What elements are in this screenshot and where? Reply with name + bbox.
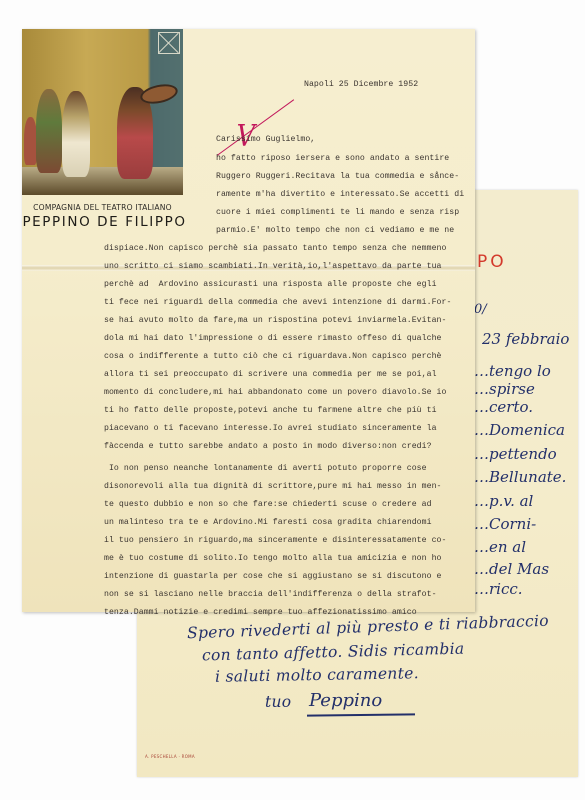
letterhead-fragment: PO <box>477 252 507 272</box>
typed-line: cuore i miei complimenti te li mando e s… <box>216 204 459 222</box>
handwritten-signature: Peppino <box>309 690 382 711</box>
typed-line: allora ti sei preoccupato di scrivere un… <box>104 366 437 384</box>
letterhead-artwork <box>22 29 183 195</box>
margin-note: …p.v. al <box>474 492 533 510</box>
margin-note: …tengo lo <box>474 362 551 380</box>
typed-line: dola mi hai dato l'impressione o di esse… <box>104 330 442 348</box>
artwork-pillar <box>158 32 180 54</box>
typed-line: intenzione di guastarla per cose che si … <box>104 568 442 586</box>
artwork-figure-dancer <box>62 91 90 177</box>
typed-line: disonorevoli alla tua dignità di scritto… <box>104 478 442 496</box>
typed-line: piacevano o ti facevano interesse.Io avr… <box>104 420 437 438</box>
typed-line: dispiace.Non capisco perchè sia passato … <box>104 240 446 258</box>
margin-note: …certo. <box>474 398 533 416</box>
printer-mark: A. PESCHELLA · ROMA <box>145 754 195 759</box>
salutation: Carissimo Guglielmo, <box>216 131 315 149</box>
typed-line: il tuo pensiero in riguardo,ma sincerame… <box>104 532 446 550</box>
typed-line: fàccenda e tutto sarebbe andato a posto … <box>104 438 432 456</box>
handwritten-line: i saluti molto caramente. <box>215 664 419 686</box>
letterhead-brand: PEPPINO DE FILIPPO <box>22 214 187 230</box>
artwork-figure-flutist <box>36 89 62 173</box>
typed-line: tenza.Dammi notizie e credimi sempre tuo… <box>104 604 417 622</box>
typed-line: me è tuo costume di solito.Io tengo molt… <box>104 550 442 568</box>
handwritten-line: con tanto affetto. Sidis ricambia <box>202 640 465 665</box>
margin-note: …Bellunate. <box>474 468 566 486</box>
margin-note: …en al <box>474 538 526 556</box>
typed-line: un malinteso tra te e Ardovino.Mi farest… <box>104 514 432 532</box>
typed-line: te questo dubbio e non so che fare:se ch… <box>104 496 432 514</box>
margin-note: …del Mas <box>474 560 549 578</box>
margin-note: …Domenica <box>474 421 565 439</box>
typed-line: non se si lasciano nelle braccia dell'in… <box>104 586 437 604</box>
typed-letter-page: COMPAGNIA DEL TEATRO ITALIANO PEPPINO DE… <box>22 29 475 612</box>
typed-line: se hai avuto molto da fare,ma un rispost… <box>104 312 446 330</box>
margin-note-date: 23 febbraio <box>482 330 569 348</box>
typed-line: Io non penso neanche lontanamente di ave… <box>104 460 427 478</box>
typed-line: ti fece nei riguardì della commedia che … <box>104 294 451 312</box>
typed-line: perchè ad Ardovino assicurasti una rispo… <box>104 276 437 294</box>
date-line: Napoli 25 Dicembre 1952 <box>304 76 418 94</box>
typed-line: ramente m'ha divertito e interessato.Se … <box>216 186 464 204</box>
margin-note: …spirse <box>474 380 535 398</box>
typed-line: Ruggero Ruggeri.Recitava la tua commedia… <box>216 168 459 186</box>
typed-line: momento di concludere,mi hai abbandonato… <box>104 384 446 402</box>
typed-line: ho fatto riposo iersera e sono andato a … <box>216 150 449 168</box>
margin-note: …pettendo <box>474 445 557 463</box>
handwritten-closing: tuo <box>265 693 291 711</box>
margin-note: 0/ <box>474 302 487 317</box>
margin-note: …Corni- <box>474 515 536 533</box>
letterhead-company: COMPAGNIA DEL TEATRO ITALIANO <box>22 203 183 212</box>
margin-note: …ricc. <box>474 580 523 598</box>
typed-line: cosa o indifferente a tutto ciò che ci r… <box>104 348 442 366</box>
signature-underline <box>307 713 415 716</box>
typed-line: parmio.E' molto tempo che non ci vediamo… <box>216 222 454 240</box>
typed-line: ti ho fatto delle proposte,potevi anche … <box>104 402 437 420</box>
typed-line: uno scritto ci siamo scambiati.In verità… <box>104 258 442 276</box>
